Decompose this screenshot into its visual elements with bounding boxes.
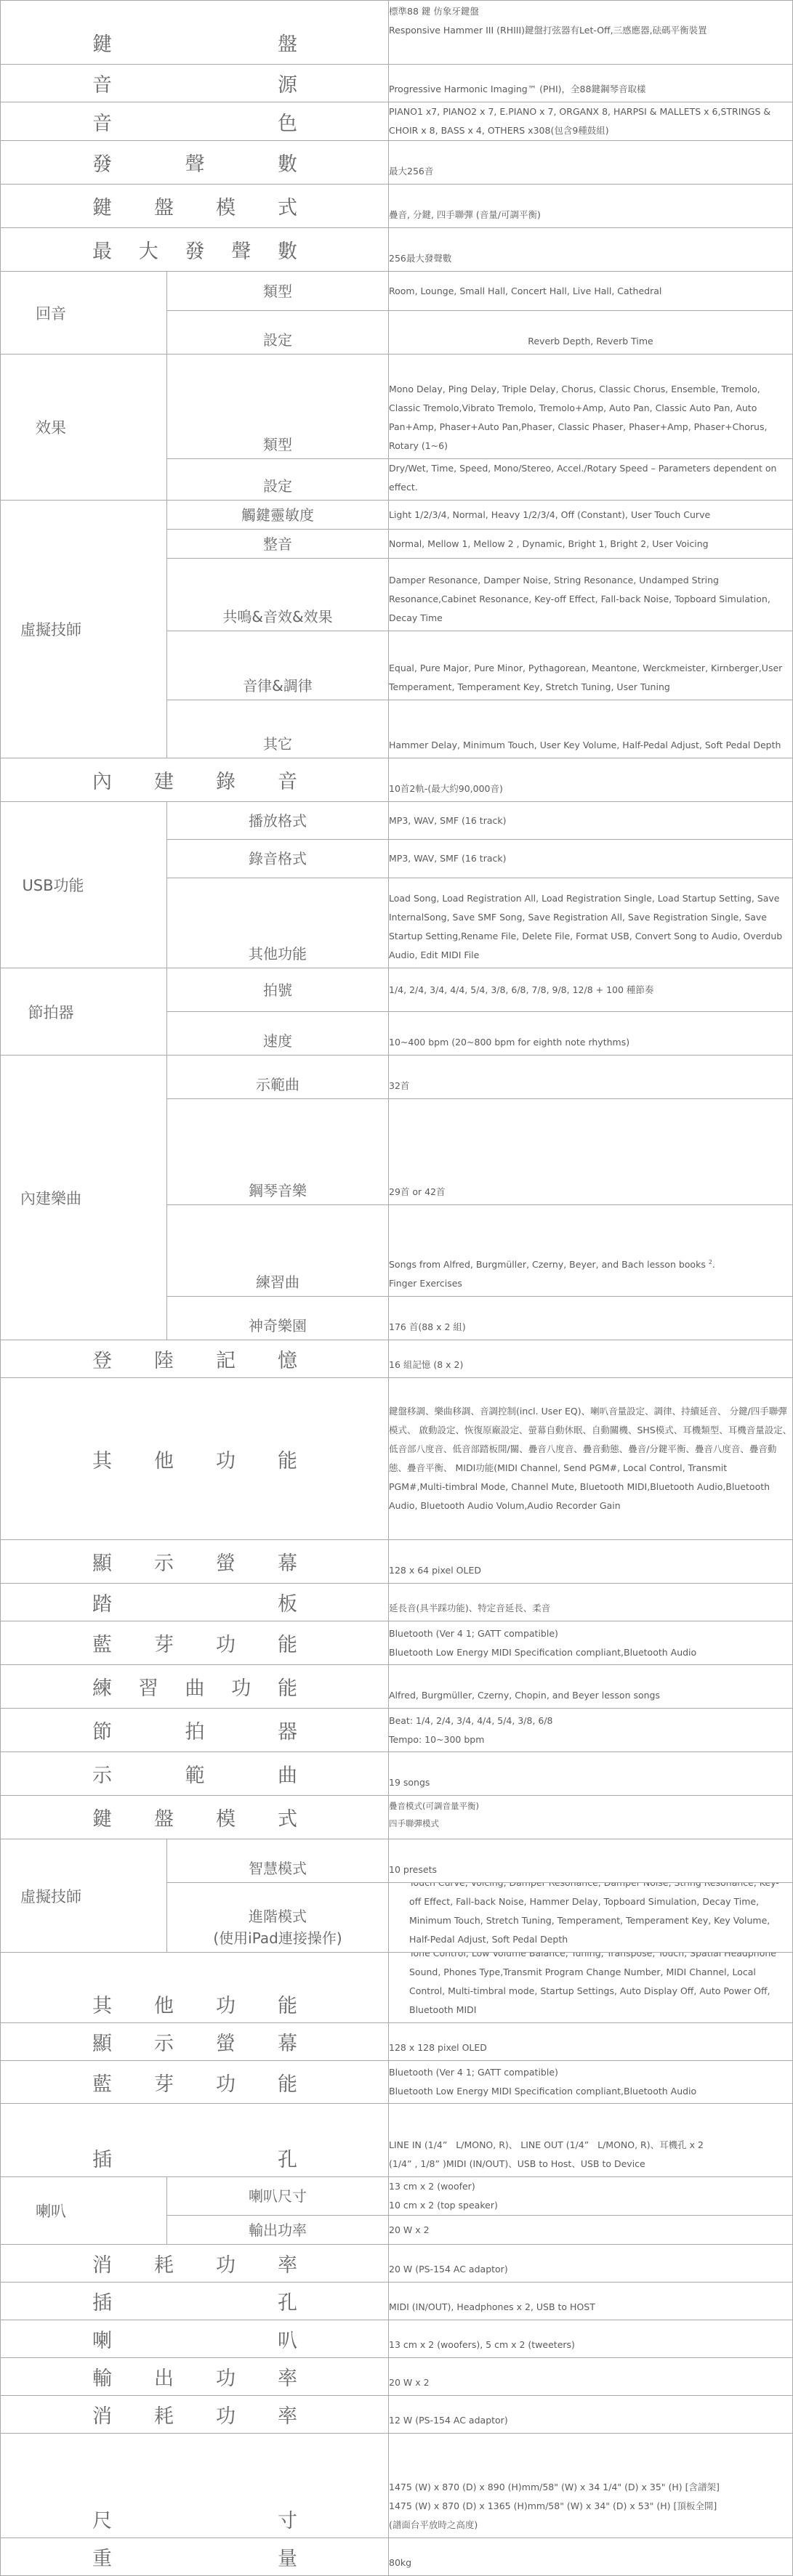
sub-vt-other: 其它	[167, 700, 389, 758]
group-virtual-technician: 虛擬技師	[1, 501, 167, 758]
label-bluetooth: 藍芽功能	[1, 1621, 389, 1665]
value-usb-recording: MP3, WAV, SMF (16 track)	[389, 840, 793, 878]
label-weight: 重量	[1, 2538, 389, 2576]
row-vt2-smart: 虛擬技師 智慧模式 10 presets	[1, 1839, 793, 1883]
value-songs-piano: 29首 or 42首	[389, 1099, 793, 1205]
group-speakers: 喇叭	[1, 2177, 167, 2245]
sub-vt-voicing: 整音	[167, 530, 389, 559]
sub-speaker-output: 輸出功率	[167, 2216, 389, 2245]
sub-reverb-settings: 設定	[167, 311, 389, 355]
row-recorder: 內建錄音 10首2軌-(最大約90,000音)	[1, 758, 793, 802]
value-usb-playback: MP3, WAV, SMF (16 track)	[389, 802, 793, 840]
value-power-consumption-2: 12 W (PS-154 AC adaptor)	[389, 2396, 793, 2434]
row-display-2: 顯示螢幕 128 x 128 pixel OLED	[1, 2023, 793, 2061]
row-bluetooth-2: 藍芽功能 Bluetooth (Ver 4 1; GATT compatible…	[1, 2061, 793, 2104]
row-metronome-beat: 節拍器 拍號 1/4, 2/4, 3/4, 4/4, 5/4, 3/8, 6/8…	[1, 968, 793, 1012]
row-speaker-size: 喇叭 喇叭尺寸 13 cm x 2 (woofer) 10 cm x 2 (to…	[1, 2177, 793, 2216]
value-keyboard: 標準88 鍵 仿象牙鍵盤 Responsive Hammer III (RHII…	[389, 1, 793, 65]
value-bluetooth: Bluetooth (Ver 4 1; GATT compatible) Blu…	[389, 1621, 793, 1665]
group-metronome: 節拍器	[1, 968, 167, 1056]
row-keyboard-modes-2: 鍵盤模式 疊音模式(可調音量平衡) 四手聯彈模式	[1, 1796, 793, 1839]
label-max-polyphony: 最大發聲數	[1, 228, 389, 272]
label-sound-source: 音源	[1, 65, 389, 102]
label-bluetooth-2: 藍芽功能	[1, 2061, 389, 2104]
sub-usb-other: 其他功能	[167, 878, 389, 968]
value-speakers-2: 13 cm x 2 (woofers), 5 cm x 2 (tweeters)	[389, 2320, 793, 2358]
value-vt-other: Hammer Delay, Minimum Touch, User Key Vo…	[389, 700, 793, 758]
sub-songs-wonderland: 神奇樂園	[167, 1297, 389, 1340]
label-keyboard: 鍵 盤	[1, 1, 389, 65]
row-weight: 重量 80kg	[1, 2538, 793, 2576]
value-other-functions-2: Tone Control, Low Volume Balance, Tuning…	[389, 1953, 793, 2023]
value-metronome-2: Beat: 1/4, 2/4, 3/4, 4/4, 5/4, 3/8, 6/8 …	[389, 1709, 793, 1752]
value-keyboard-modes-2: 疊音模式(可調音量平衡) 四手聯彈模式	[389, 1796, 793, 1839]
value-polyphony: 最大256音	[389, 141, 793, 185]
value-vt2-smart: 10 presets	[389, 1839, 793, 1883]
value-sound-source: Progressive Harmonic Imaging™ (PHI)，全88鍵…	[389, 65, 793, 102]
sub-metronome-tempo: 速度	[167, 1012, 389, 1056]
group-virtual-technician-2: 虛擬技師	[1, 1839, 167, 1953]
sub-speaker-size: 喇叭尺寸	[167, 2177, 389, 2216]
value-max-polyphony: 256最大發聲數	[389, 228, 793, 272]
value-display-2: 128 x 128 pixel OLED	[389, 2023, 793, 2061]
sub-songs-demo: 示範曲	[167, 1056, 389, 1099]
row-vt-touch: 虛擬技師 觸鍵靈敏度 Light 1/2/3/4, Normal, Heavy …	[1, 501, 793, 530]
row-pedals: 踏板 延長音(具半踩功能)、特定音延長、柔音	[1, 1584, 793, 1621]
group-usb: USB功能	[1, 802, 167, 968]
row-effects-type: 效果 類型 Mono Delay, Ping Delay, Triple Del…	[1, 355, 793, 459]
sub-effects-type: 類型	[167, 355, 389, 459]
sub-vt2-smart: 智慧模式	[167, 1839, 389, 1883]
label-output-power: 輸出功率	[1, 2358, 389, 2396]
value-display: 128 x 64 pixel OLED	[389, 1540, 793, 1584]
label-jacks: 插孔	[1, 2104, 389, 2177]
value-demo-songs: 19 songs	[389, 1752, 793, 1796]
sub-songs-lesson: 練習曲	[167, 1205, 389, 1297]
value-output-power: 20 W x 2	[389, 2358, 793, 2396]
value-registration: 16 組記憶 (8 x 2)	[389, 1340, 793, 1378]
value-songs-wonderland: 176 首(88 x 2 組)	[389, 1297, 793, 1340]
label-other-functions-2: 其他功能	[1, 1953, 389, 2023]
sub-usb-recording: 錄音格式	[167, 840, 389, 878]
value-keyboard-modes: 疊音, 分鍵, 四手聯彈 (音量/可調平衡)	[389, 185, 793, 228]
row-reverb-type: 回音 類型 Room, Lounge, Small Hall, Concert …	[1, 272, 793, 311]
value-jacks: LINE IN (1/4” L/MONO, R)、 LINE OUT (1/4”…	[389, 2104, 793, 2177]
value-vt2-advanced: Touch Curve, Voicing, Damper Resonance, …	[389, 1883, 793, 1953]
value-effects-settings: Dry/Wet, Time, Speed, Mono/Stereo, Accel…	[389, 459, 793, 501]
row-keyboard-modes: 鍵盤模式 疊音, 分鍵, 四手聯彈 (音量/可調平衡)	[1, 185, 793, 228]
value-vt-resonance: Damper Resonance, Damper Noise, String R…	[389, 559, 793, 631]
sub-vt-touch: 觸鍵靈敏度	[167, 501, 389, 530]
row-registration: 登陸記憶 16 組記憶 (8 x 2)	[1, 1340, 793, 1378]
value-speaker-output: 20 W x 2	[389, 2216, 793, 2245]
sub-vt-resonance: 共鳴&音效&效果	[167, 559, 389, 631]
group-reverb: 回音	[1, 272, 167, 355]
value-songs-demo: 32首	[389, 1056, 793, 1099]
label-demo-songs: 示範曲	[1, 1752, 389, 1796]
value-dimensions: 1475 (W) x 870 (D) x 890 (H)mm/58" (W) x…	[389, 2434, 793, 2538]
value-vt-temperament: Equal, Pure Major, Pure Minor, Pythagore…	[389, 631, 793, 700]
sub-usb-playback: 播放格式	[167, 802, 389, 840]
row-bluetooth: 藍芽功能 Bluetooth (Ver 4 1; GATT compatible…	[1, 1621, 793, 1665]
row-metronome-2: 節拍器 Beat: 1/4, 2/4, 3/4, 4/4, 5/4, 3/8, …	[1, 1709, 793, 1752]
value-recorder: 10首2軌-(最大約90,000音)	[389, 758, 793, 802]
value-vt-touch: Light 1/2/3/4, Normal, Heavy 1/2/3/4, Of…	[389, 501, 793, 530]
row-power-consumption: 消耗功率 20 W (PS-154 AC adaptor)	[1, 2245, 793, 2283]
value-vt-voicing: Normal, Mellow 1, Mellow 2 , Dynamic, Br…	[389, 530, 793, 559]
label-keyboard-modes-2: 鍵盤模式	[1, 1796, 389, 1839]
group-internal-songs: 內建樂曲	[1, 1056, 167, 1340]
row-usb-playback: USB功能 播放格式 MP3, WAV, SMF (16 track)	[1, 802, 793, 840]
sub-songs-piano: 鋼琴音樂	[167, 1099, 389, 1205]
value-other-functions: 鍵盤移調、樂曲移調、音調控制(incl. User EQ)、喇叭音量設定、調律、…	[389, 1378, 793, 1540]
label-recorder: 內建錄音	[1, 758, 389, 802]
row-songs-demo: 內建樂曲 示範曲 32首	[1, 1056, 793, 1099]
spec-table: 鍵 盤 標準88 鍵 仿象牙鍵盤 Responsive Hammer III (…	[0, 0, 793, 2576]
group-effects: 效果	[1, 355, 167, 501]
value-weight: 80kg	[389, 2538, 793, 2576]
sub-vt-temperament: 音律&調律	[167, 631, 389, 700]
value-usb-other: Load Song, Load Registration All, Load R…	[389, 878, 793, 968]
row-other-functions-2: 其他功能 Tone Control, Low Volume Balance, T…	[1, 1953, 793, 2023]
value-metronome-beat: 1/4, 2/4, 3/4, 4/4, 5/4, 3/8, 6/8, 7/8, …	[389, 968, 793, 1012]
row-polyphony: 發聲數 最大256音	[1, 141, 793, 185]
sub-vt2-advanced: 進階模式 (使用iPad連接操作)	[167, 1883, 389, 1953]
label-voices: 音色	[1, 102, 389, 141]
label-jacks-2: 插孔	[1, 2283, 389, 2320]
row-sound-source: 音源 Progressive Harmonic Imaging™ (PHI)，全…	[1, 65, 793, 102]
row-max-polyphony: 最大發聲數 256最大發聲數	[1, 228, 793, 272]
sub-metronome-beat: 拍號	[167, 968, 389, 1012]
row-lesson-function: 練習曲功能 Alfred, Burgmüller, Czerny, Chopin…	[1, 1665, 793, 1709]
label-display-2: 顯示螢幕	[1, 2023, 389, 2061]
label-speakers-2: 喇叭	[1, 2320, 389, 2358]
value-jacks-2: MIDI (IN/OUT), Headphones x 2, USB to HO…	[389, 2283, 793, 2320]
label-other-functions: 其他功能	[1, 1378, 389, 1540]
value-effects-type: Mono Delay, Ping Delay, Triple Delay, Ch…	[389, 355, 793, 459]
row-other-functions: 其他功能 鍵盤移調、樂曲移調、音調控制(incl. User EQ)、喇叭音量設…	[1, 1378, 793, 1540]
sub-reverb-type: 類型	[167, 272, 389, 311]
row-dimensions: 尺寸 1475 (W) x 870 (D) x 890 (H)mm/58" (W…	[1, 2434, 793, 2538]
value-speaker-size: 13 cm x 2 (woofer) 10 cm x 2 (top speake…	[389, 2177, 793, 2216]
value-reverb-type: Room, Lounge, Small Hall, Concert Hall, …	[389, 272, 793, 311]
label-pedals: 踏板	[1, 1584, 389, 1621]
value-bluetooth-2: Bluetooth (Ver 4 1; GATT compatible) Blu…	[389, 2061, 793, 2104]
row-voices: 音色 PIANO1 x7, PIANO2 x 7, E.PIANO x 7, O…	[1, 102, 793, 141]
row-output-power: 輸出功率 20 W x 2	[1, 2358, 793, 2396]
label-keyboard-modes: 鍵盤模式	[1, 185, 389, 228]
row-speakers-2: 喇叭 13 cm x 2 (woofers), 5 cm x 2 (tweete…	[1, 2320, 793, 2358]
value-voices: PIANO1 x7, PIANO2 x 7, E.PIANO x 7, ORGA…	[389, 102, 793, 141]
label-display: 顯示螢幕	[1, 1540, 389, 1584]
label-lesson-function: 練習曲功能	[1, 1665, 389, 1709]
row-keyboard: 鍵 盤 標準88 鍵 仿象牙鍵盤 Responsive Hammer III (…	[1, 1, 793, 65]
label-polyphony: 發聲數	[1, 141, 389, 185]
value-songs-lesson: Songs from Alfred, Burgmüller, Czerny, B…	[389, 1205, 793, 1297]
label-power-consumption: 消耗功率	[1, 2245, 389, 2283]
row-jacks-2: 插孔 MIDI (IN/OUT), Headphones x 2, USB to…	[1, 2283, 793, 2320]
label-metronome-2: 節拍器	[1, 1709, 389, 1752]
row-jacks: 插孔 LINE IN (1/4” L/MONO, R)、 LINE OUT (1…	[1, 2104, 793, 2177]
row-demo-songs: 示範曲 19 songs	[1, 1752, 793, 1796]
value-power-consumption: 20 W (PS-154 AC adaptor)	[389, 2245, 793, 2283]
row-display: 顯示螢幕 128 x 64 pixel OLED	[1, 1540, 793, 1584]
label-registration: 登陸記憶	[1, 1340, 389, 1378]
value-metronome-tempo: 10~400 bpm (20~800 bpm for eighth note r…	[389, 1012, 793, 1056]
label-dimensions: 尺寸	[1, 2434, 389, 2538]
value-reverb-settings: Reverb Depth, Reverb Time	[389, 311, 793, 355]
value-pedals: 延長音(具半踩功能)、特定音延長、柔音	[389, 1584, 793, 1621]
value-lesson-function: Alfred, Burgmüller, Czerny, Chopin, and …	[389, 1665, 793, 1709]
row-power-consumption-2: 消耗功率 12 W (PS-154 AC adaptor)	[1, 2396, 793, 2434]
sub-effects-settings: 設定	[167, 459, 389, 501]
label-power-consumption-2: 消耗功率	[1, 2396, 389, 2434]
